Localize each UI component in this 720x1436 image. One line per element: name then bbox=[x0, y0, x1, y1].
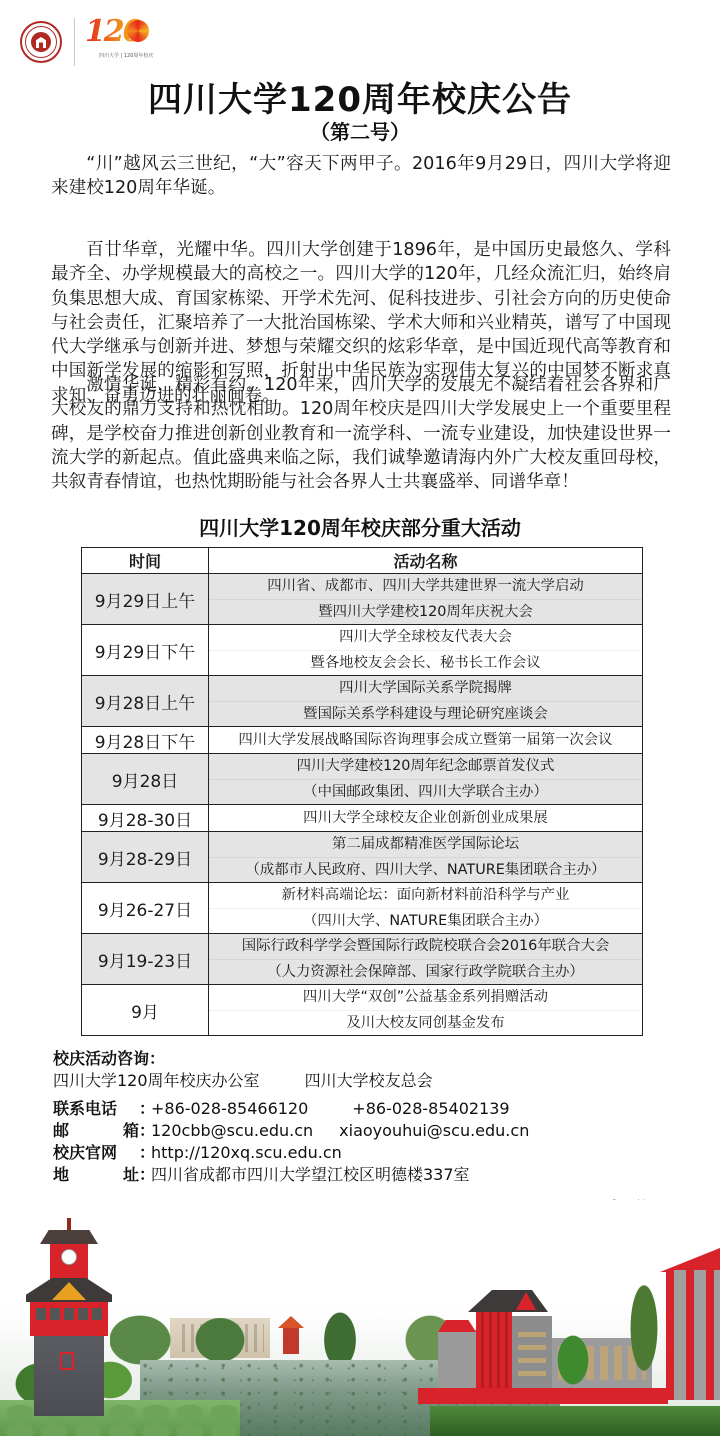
event-time: 9月 bbox=[82, 985, 209, 1036]
contact-website-row: 校庆官网 ： http://120xq.scu.edu.cn bbox=[53, 1142, 529, 1164]
tower-balcony bbox=[30, 1302, 108, 1336]
event-activity-line: 第二届成都精准医学国际论坛 bbox=[209, 832, 642, 857]
table-row: 9月29日上午四川省、成都市、四川大学共建世界一流大学启动暨四川大学建校120周… bbox=[82, 574, 643, 625]
tower-window bbox=[60, 1352, 74, 1370]
event-time: 9月29日上午 bbox=[82, 574, 209, 625]
tower-top-roof bbox=[40, 1230, 98, 1244]
contact-orgs: 四川大学120周年校庆办公室 四川大学校友总会 bbox=[53, 1070, 433, 1092]
seal-emblem-icon bbox=[31, 32, 51, 52]
building-red-columns bbox=[476, 1312, 512, 1392]
event-time: 9月26-27日 bbox=[82, 883, 209, 934]
anniversary-120-logo: 120 四川大学 | 120周年校庆 bbox=[85, 18, 175, 66]
event-activity: 四川大学全球校友代表大会暨各地校友会会长、秘书长工作会议 bbox=[209, 625, 643, 676]
event-activity-line: 新材料高端论坛：面向新材料前沿科学与产业 bbox=[209, 883, 642, 908]
paragraph-intro: “川”越风云三世纪，“大”容天下两甲子。2016年9月29日，四川大学将迎来建校… bbox=[51, 152, 671, 201]
email-2-link[interactable]: xiaoyouhui@scu.edu.cn bbox=[339, 1120, 529, 1142]
event-time: 9月28日下午 bbox=[82, 727, 209, 754]
email-1-link[interactable]: 120cbb@scu.edu.cn bbox=[151, 1120, 313, 1142]
event-activity: 四川大学建校120周年纪念邮票首发仪式（中国邮政集团、四川大学联合主办） bbox=[209, 754, 643, 805]
contact-phone-row: 联系电话 ： +86-028-85466120 +86-028-85402139 bbox=[53, 1098, 529, 1120]
page-subtitle: （第二号） bbox=[0, 116, 720, 145]
table-row: 9月四川大学“双创”公益基金系列捐赠活动及川大校友同创基金发布 bbox=[82, 985, 643, 1036]
table-row: 9月28-30日四川大学全球校友企业创新创业成果展 bbox=[82, 805, 643, 832]
address-label: 地 址 bbox=[53, 1164, 139, 1186]
tree-right-1 bbox=[548, 1320, 598, 1400]
event-activity-line: （中国邮政集团、四川大学联合主办） bbox=[209, 779, 642, 804]
events-table-title: 四川大学120周年校庆部分重大活动 bbox=[0, 512, 720, 541]
contact-details: 联系电话 ： +86-028-85466120 +86-028-85402139… bbox=[53, 1098, 529, 1186]
events-table-body: 9月29日上午四川省、成都市、四川大学共建世界一流大学启动暨四川大学建校120周… bbox=[82, 574, 643, 1036]
anniversary-subtext: 四川大学 | 120周年校庆 bbox=[99, 52, 153, 59]
event-activity: 四川大学国际关系学院揭牌暨国际关系学科建设与理论研究座谈会 bbox=[209, 676, 643, 727]
phone-label: 联系电话 bbox=[53, 1098, 139, 1120]
table-row: 9月26-27日新材料高端论坛：面向新材料前沿科学与产业（四川大学、NATURE… bbox=[82, 883, 643, 934]
event-activity-line: 暨国际关系学科建设与理论研究座谈会 bbox=[209, 701, 642, 726]
tower-spire bbox=[67, 1218, 71, 1232]
table-row: 9月19-23日国际行政科学学会暨国际行政院校联合会2016年联合大会（人力资源… bbox=[82, 934, 643, 985]
table-row: 9月28日四川大学建校120周年纪念邮票首发仪式（中国邮政集团、四川大学联合主办… bbox=[82, 754, 643, 805]
event-time: 9月28日 bbox=[82, 754, 209, 805]
logo-divider bbox=[74, 18, 75, 66]
corner-building-roof bbox=[660, 1240, 720, 1272]
table-row: 9月28-29日第二届成都精准医学国际论坛（成都市人民政府、四川大学、NATUR… bbox=[82, 832, 643, 883]
tree-right-2 bbox=[622, 1258, 666, 1408]
event-activity: 第二届成都精准医学国际论坛（成都市人民政府、四川大学、NATURE集团联合主办） bbox=[209, 832, 643, 883]
colon: ： bbox=[139, 1120, 147, 1142]
event-activity-line: 国际行政科学学会暨国际行政院校联合会2016年联合大会 bbox=[209, 934, 642, 959]
email-label-char-1: 邮 bbox=[53, 1120, 69, 1142]
header-activity: 活动名称 bbox=[209, 548, 643, 574]
header-time: 时间 bbox=[82, 548, 209, 574]
events-table: 时间 活动名称 9月29日上午四川省、成都市、四川大学共建世界一流大学启动暨四川… bbox=[81, 547, 643, 1036]
colon: ： bbox=[139, 1142, 147, 1164]
event-time: 9月28-29日 bbox=[82, 832, 209, 883]
event-activity-line: 四川大学发展战略国际咨询理事会成立暨第一届第一次会议 bbox=[209, 728, 642, 753]
address-value: 四川省成都市四川大学望江校区明德楼337室 bbox=[151, 1164, 470, 1186]
event-time: 9月19-23日 bbox=[82, 934, 209, 985]
event-activity: 四川大学“双创”公益基金系列捐赠活动及川大校友同创基金发布 bbox=[209, 985, 643, 1036]
building-grey-tower bbox=[512, 1316, 552, 1392]
event-time: 9月29日下午 bbox=[82, 625, 209, 676]
event-time: 9月28-30日 bbox=[82, 805, 209, 832]
building-roof bbox=[468, 1290, 548, 1312]
university-seal-logo bbox=[20, 21, 62, 63]
contact-section: 校庆活动咨询： 四川大学120周年校庆办公室 四川大学校友总会 bbox=[53, 1048, 433, 1092]
contact-org-alumni: 四川大学校友总会 bbox=[305, 1071, 433, 1090]
event-activity-line: 暨各地校友会会长、秘书长工作会议 bbox=[209, 650, 642, 675]
event-activity-line: （成都市人民政府、四川大学、NATURE集团联合主办） bbox=[209, 857, 642, 882]
phone-1[interactable]: +86-028-85466120 bbox=[151, 1098, 308, 1120]
contact-org-office: 四川大学120周年校庆办公室 bbox=[53, 1071, 260, 1090]
event-activity: 四川大学发展战略国际咨询理事会成立暨第一届第一次会议 bbox=[209, 727, 643, 754]
event-activity: 国际行政科学学会暨国际行政院校联合会2016年联合大会（人力资源社会保障部、国家… bbox=[209, 934, 643, 985]
event-activity-line: 四川大学“双创”公益基金系列捐赠活动 bbox=[209, 985, 642, 1010]
event-activity-line: （四川大学、NATURE集团联合主办） bbox=[209, 908, 642, 933]
pavilion-icon bbox=[278, 1316, 304, 1356]
contact-email-row: 邮 箱 ： 120cbb@scu.edu.cn xiaoyouhui@scu.e… bbox=[53, 1120, 529, 1142]
colon: ： bbox=[139, 1164, 147, 1186]
email-label: 邮 箱 bbox=[53, 1120, 139, 1142]
clock-icon bbox=[61, 1249, 77, 1265]
phone-2[interactable]: +86-028-85402139 bbox=[352, 1098, 509, 1120]
clock-tower bbox=[22, 1218, 116, 1408]
anniversary-swirl-icon bbox=[127, 20, 149, 42]
address-label-char-2: 址 bbox=[123, 1164, 139, 1186]
lawn bbox=[430, 1406, 720, 1436]
website-link[interactable]: http://120xq.scu.edu.cn bbox=[151, 1142, 342, 1164]
page-title: 四川大学120周年校庆公告 bbox=[0, 72, 720, 121]
event-activity: 新材料高端论坛：面向新材料前沿科学与产业（四川大学、NATURE集团联合主办） bbox=[209, 883, 643, 934]
table-row: 9月28日下午四川大学发展战略国际咨询理事会成立暨第一届第一次会议 bbox=[82, 727, 643, 754]
tower-stone-base bbox=[34, 1336, 104, 1416]
colon: ： bbox=[139, 1098, 147, 1120]
table-row: 9月29日下午四川大学全球校友代表大会暨各地校友会会长、秘书长工作会议 bbox=[82, 625, 643, 676]
contact-heading: 校庆活动咨询： bbox=[53, 1048, 433, 1070]
building-left-wing bbox=[438, 1330, 476, 1392]
paragraph-invitation: 激情华诞，精彩有约。120年来，四川大学的发展无不凝结着社会各界和广大校友的鼎力… bbox=[51, 373, 671, 494]
table-row: 9月28日上午四川大学国际关系学院揭牌暨国际关系学科建设与理论研究座谈会 bbox=[82, 676, 643, 727]
event-activity-line: 四川大学全球校友企业创新创业成果展 bbox=[209, 806, 642, 831]
contact-address-row: 地 址 ： 四川省成都市四川大学望江校区明德楼337室 bbox=[53, 1164, 529, 1186]
event-activity-line: （人力资源社会保障部、国家行政学院联合主办） bbox=[209, 959, 642, 984]
email-label-char-2: 箱 bbox=[123, 1120, 139, 1142]
corner-building bbox=[660, 1240, 720, 1410]
address-label-char-1: 地 bbox=[53, 1164, 69, 1186]
event-activity-line: 四川省、成都市、四川大学共建世界一流大学启动 bbox=[209, 574, 642, 599]
event-activity: 四川大学全球校友企业创新创业成果展 bbox=[209, 805, 643, 832]
campus-scene-image bbox=[0, 1200, 720, 1436]
event-activity-line: 四川大学全球校友代表大会 bbox=[209, 625, 642, 650]
event-activity: 四川省、成都市、四川大学共建世界一流大学启动暨四川大学建校120周年庆祝大会 bbox=[209, 574, 643, 625]
event-activity-line: 及川大校友同创基金发布 bbox=[209, 1010, 642, 1035]
table-header-row: 时间 活动名称 bbox=[82, 548, 643, 574]
event-time: 9月28日上午 bbox=[82, 676, 209, 727]
event-activity-line: 暨四川大学建校120周年庆祝大会 bbox=[209, 599, 642, 624]
corner-building-body bbox=[666, 1270, 720, 1400]
website-label: 校庆官网 bbox=[53, 1142, 139, 1164]
event-activity-line: 四川大学建校120周年纪念邮票首发仪式 bbox=[209, 754, 642, 779]
header-logos: 120 四川大学 | 120周年校庆 bbox=[20, 18, 175, 66]
event-activity-line: 四川大学国际关系学院揭牌 bbox=[209, 676, 642, 701]
